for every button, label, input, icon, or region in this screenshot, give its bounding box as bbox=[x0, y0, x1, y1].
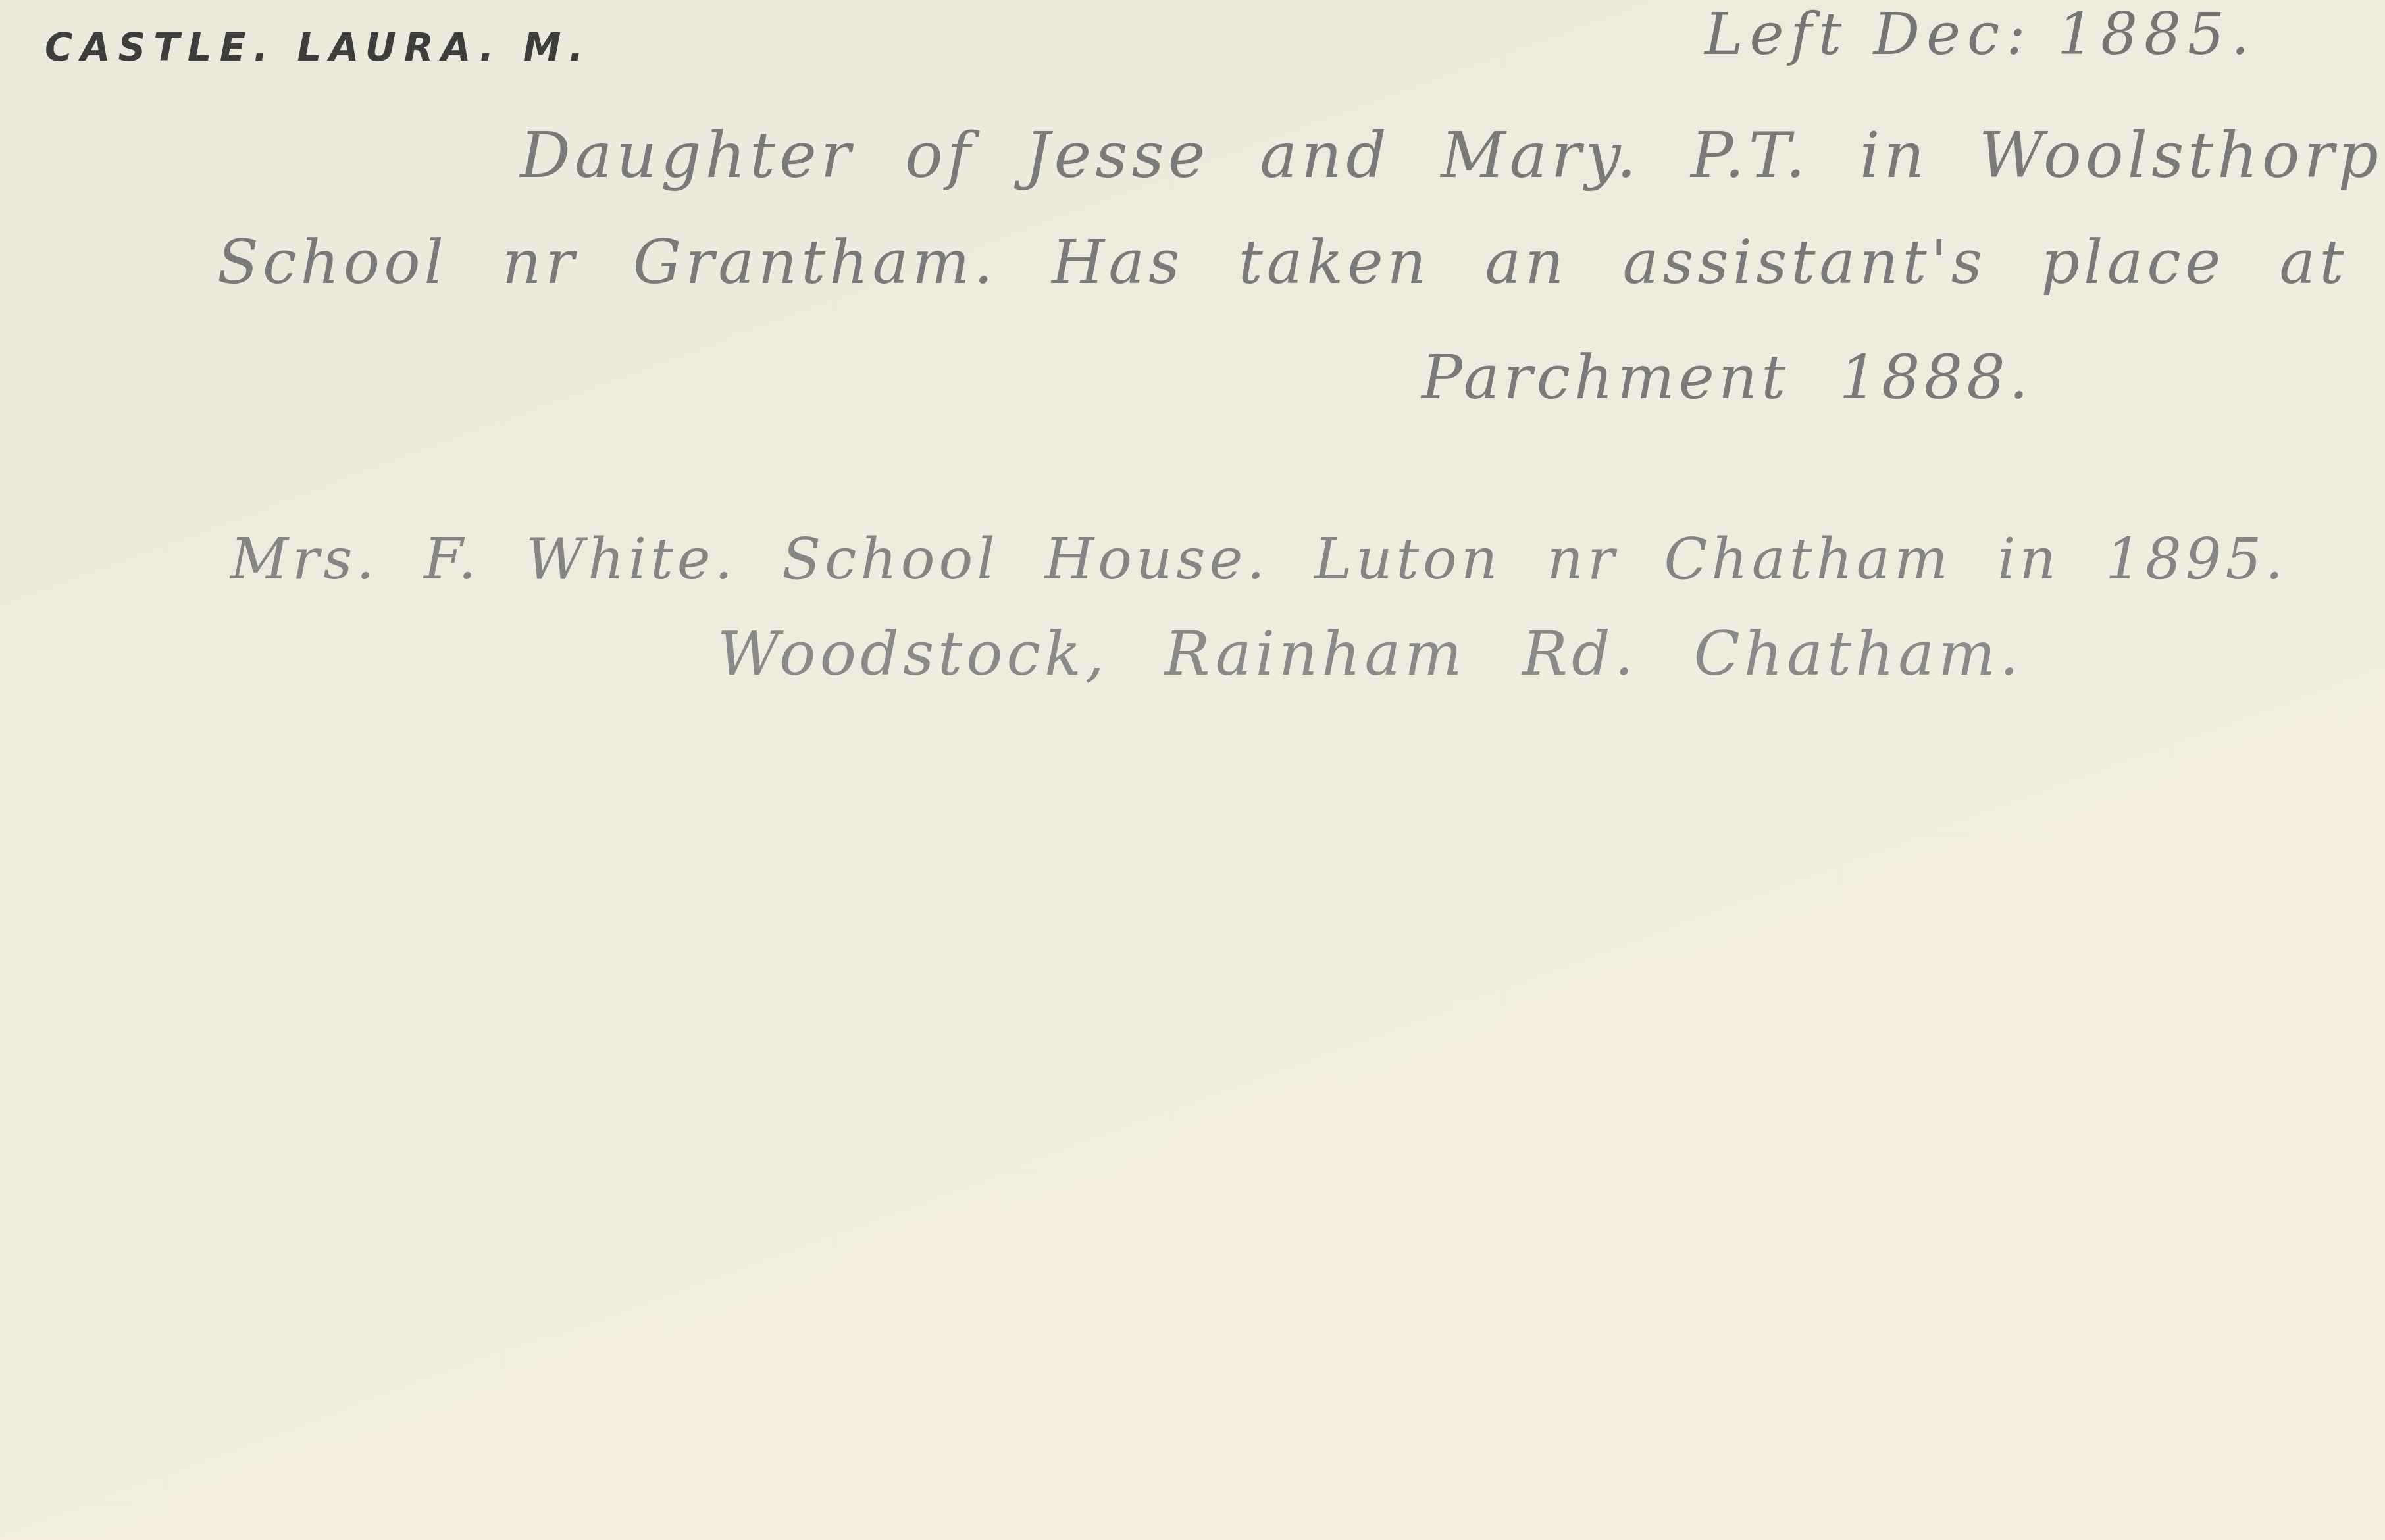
parchment-note: Parchment 1888. bbox=[1422, 342, 2032, 413]
address-line-2: Woodstock, Rainham Rd. Chatham. bbox=[717, 619, 2023, 689]
address-line-1: Mrs. F. White. School House. Luton nr Ch… bbox=[230, 526, 2287, 592]
left-date-note: Left Dec: 1885. bbox=[1705, 0, 2256, 68]
biography-line-2: School nr Grantham. Has taken an assista… bbox=[217, 227, 2385, 297]
record-card: CASTLE. LAURA. M. Left Dec: 1885. Daught… bbox=[0, 0, 2385, 1540]
biography-line-1: Daughter of Jesse and Mary. P.T. in Wool… bbox=[520, 118, 2385, 192]
record-name-heading: CASTLE. LAURA. M. bbox=[45, 25, 592, 70]
